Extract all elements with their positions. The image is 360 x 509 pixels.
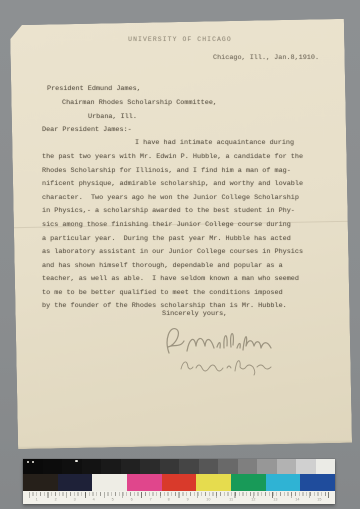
ruler-numbers: 123456789101112131415: [27, 496, 331, 504]
color-patches: [23, 474, 335, 491]
body-line: nificent physique, admirable scholarship…: [42, 181, 303, 188]
letterhead: UNIVERSITY OF CHICAGO: [0, 37, 360, 43]
grayscale-step: [179, 459, 199, 474]
grayscale-step: [257, 459, 277, 474]
ruler-number: 13: [273, 498, 277, 502]
grayscale-step: [121, 459, 141, 474]
grayscale-step: [199, 459, 219, 474]
ruler-number: 15: [318, 498, 322, 502]
body-line: and has shown himself thorough, dependab…: [42, 263, 283, 270]
dateline: Chicago, Ill., Jan.8,1910.: [213, 55, 319, 62]
ruler-number: 9: [187, 498, 189, 502]
body-line: teacher, as well as able. I have seldom …: [42, 276, 299, 283]
salutation: Dear President James:-: [42, 127, 132, 134]
body-line: I have had intimate acquaintance during: [135, 140, 294, 147]
grayscale-step: [296, 459, 316, 474]
scanned-letter-photo: UNIVERSITY OF CHICAGO Chicago, Ill., Jan…: [0, 0, 360, 509]
grayscale-step: [140, 459, 160, 474]
color-patch-red: [162, 474, 197, 491]
ruler-number: 10: [207, 498, 211, 502]
ruler-number: 3: [73, 498, 75, 502]
color-patch-dark-navy: [58, 474, 93, 491]
body-line: in Physics,- a scholarship awarded to th…: [42, 208, 295, 215]
color-patch-dark-brown: [23, 474, 58, 491]
grayscale-step: [218, 459, 238, 474]
ruler-number: 12: [251, 498, 255, 502]
ruler-number: 14: [295, 498, 299, 502]
grayscale-step: [238, 459, 258, 474]
closing: Sincerely yours,: [162, 311, 227, 318]
signature-block: [157, 323, 307, 379]
ruler-number: 5: [111, 498, 113, 502]
ruler-number: 7: [149, 498, 151, 502]
ruler-number: 11: [229, 498, 233, 502]
body-line: the past two years with Mr. Edwin P. Hub…: [42, 154, 303, 161]
color-patch-white: [92, 474, 127, 491]
color-patch-yellow: [196, 474, 231, 491]
color-patch-green: [231, 474, 266, 491]
color-patch-cyan: [266, 474, 301, 491]
ruler-number: 1: [35, 498, 37, 502]
color-patch-blue: [300, 474, 335, 491]
color-patch-magenta: [127, 474, 162, 491]
ruler-number: 6: [130, 498, 132, 502]
grayscale-step: [316, 459, 336, 474]
grayscale-step: [62, 459, 82, 474]
calibration-bar: 123456789101112131415: [23, 459, 335, 504]
signature-name-script: [167, 329, 271, 353]
dust-speck: [32, 461, 34, 463]
dust-speck: [27, 461, 29, 463]
body-line: sics among those finishing their Junior …: [42, 222, 291, 229]
grayscale-step: [82, 459, 102, 474]
ruler-number: 8: [168, 498, 170, 502]
letter-text-layer: UNIVERSITY OF CHICAGO Chicago, Ill., Jan…: [0, 0, 360, 509]
ruler-strip: 123456789101112131415: [23, 491, 335, 504]
address-line: Chairman Rhodes Scholarship Committee,: [62, 100, 217, 107]
grayscale-step: [160, 459, 180, 474]
address-line: President Edmund James,: [47, 86, 141, 93]
body-line: character. Two years ago he won the Juni…: [42, 195, 299, 202]
body-line: as laboratory assistant in our Junior Co…: [42, 249, 303, 256]
body-line: to me to be better qualified to meet the…: [42, 290, 283, 297]
grayscale-step: [277, 459, 297, 474]
ruler-number: 4: [92, 498, 94, 502]
body-line: Rhodes Scholarship for Illinois, and I f…: [42, 168, 291, 175]
address-line: Urbana, Ill.: [88, 114, 137, 121]
signature-title-script: [181, 361, 271, 375]
body-line: a particular year. During the past year …: [42, 236, 291, 243]
grayscale-step: [101, 459, 121, 474]
dust-speck: [75, 460, 78, 462]
ruler-number: 2: [54, 498, 56, 502]
grayscale-wedge: [23, 459, 335, 474]
grayscale-step: [43, 459, 63, 474]
